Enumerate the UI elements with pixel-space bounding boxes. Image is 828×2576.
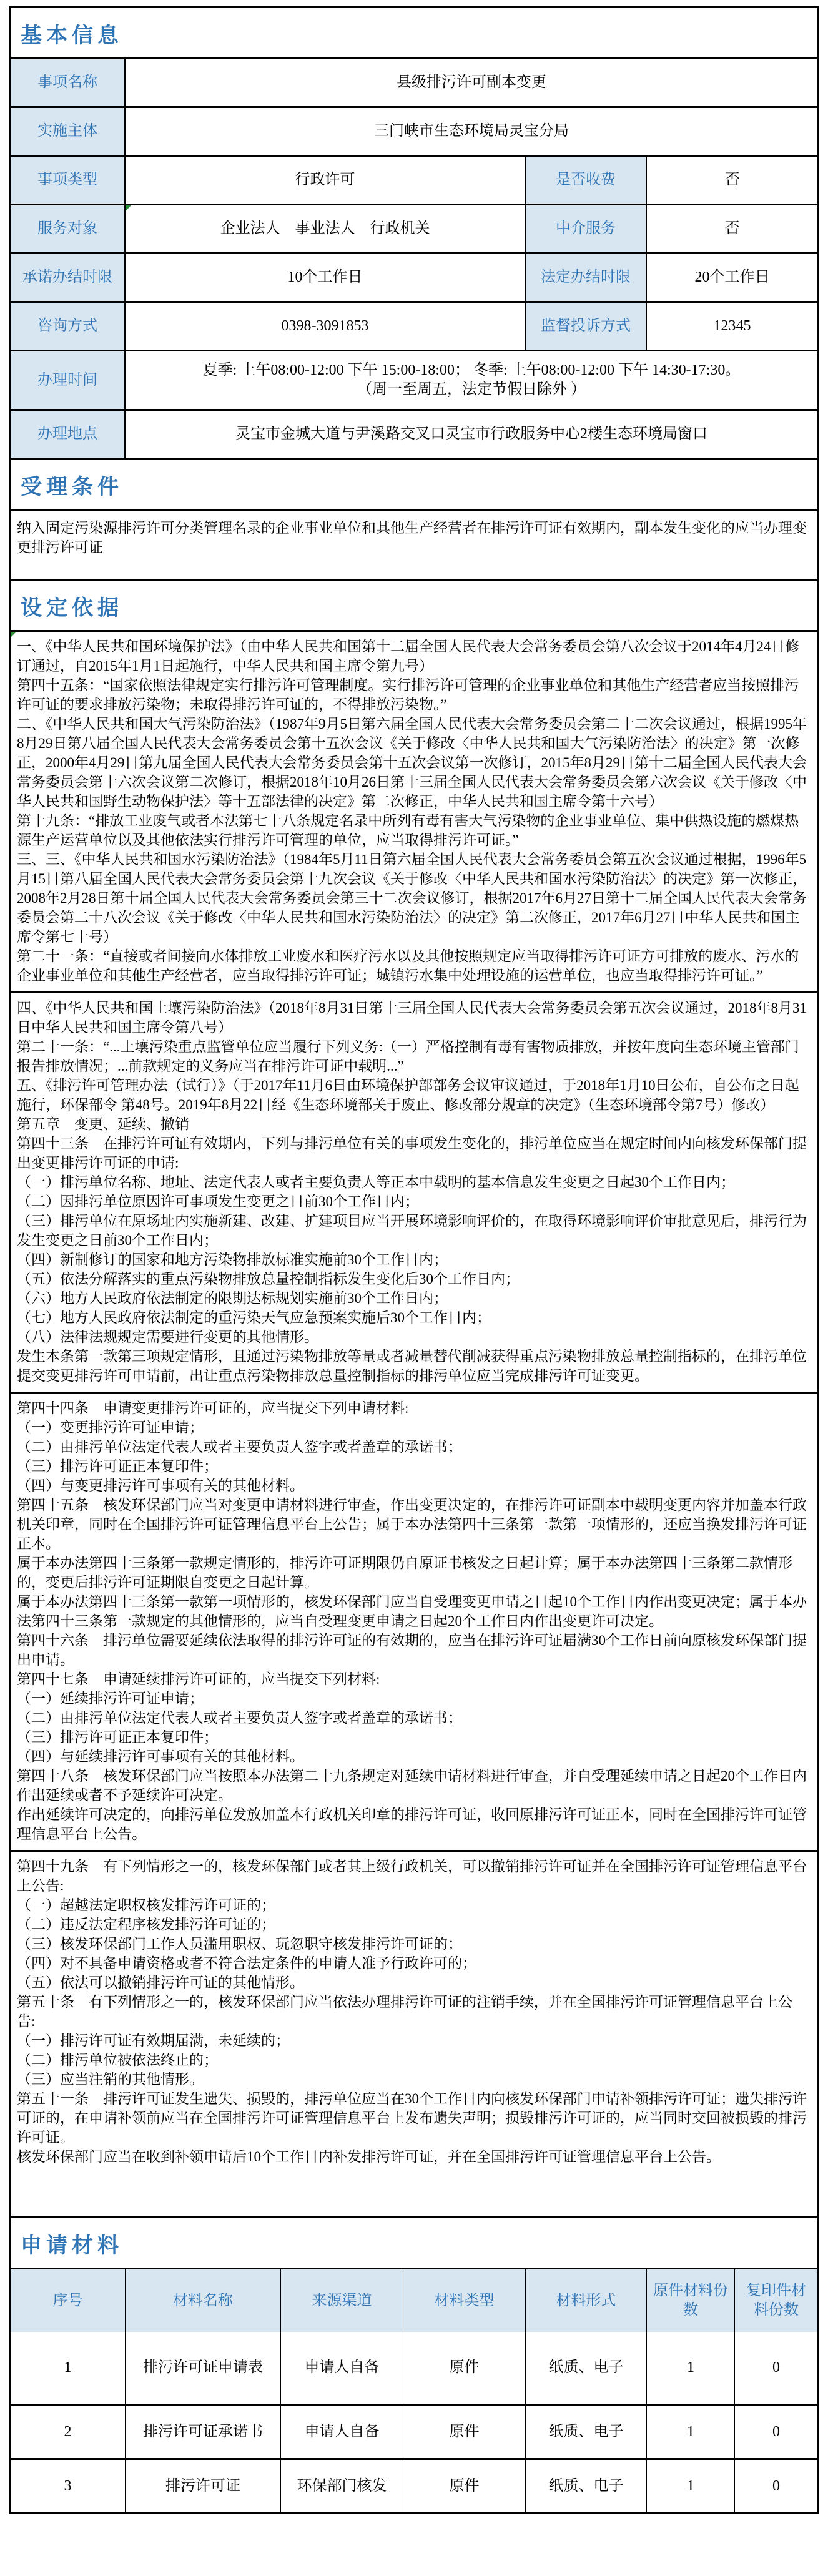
row-item-name: 事项名称 县级排污许可副本变更 [11, 59, 817, 108]
charge-value: 否 [647, 157, 817, 204]
materials-header-cell: 序号 [11, 2269, 126, 2332]
materials-cell: 2 [11, 2406, 126, 2458]
legal-paragraph: （一）超越法定职权核发排污许可证的； [17, 1895, 810, 1915]
consult-label: 咨询方式 [11, 303, 126, 350]
materials-header-cell: 材料名称 [126, 2269, 281, 2332]
materials-table-header: 序号材料名称来源渠道材料类型材料形式原件材料份数复印件材料份数 [11, 2269, 817, 2332]
materials-cell: 原件 [403, 2332, 526, 2404]
legal-paragraph: （四）新制修订的国家和地方污染物排放标准实施前30个工作日内； [17, 1250, 810, 1269]
materials-cell: 1 [647, 2460, 735, 2512]
materials-header-row: 序号材料名称来源渠道材料类型材料形式原件材料份数复印件材料份数 [11, 2269, 817, 2332]
materials-cell: 纸质、电子 [526, 2406, 647, 2458]
item-name-label: 事项名称 [11, 59, 126, 106]
acceptance-content-box: 纳入固定污染源排污许可分类管理名录的企业事业单位和其他生产经营者在排污许可证有效… [11, 511, 817, 581]
legal-paragraph: 第四十八条 核发环保部门应当按照本办法第二十九条规定对延续申请材料进行审查，并自… [17, 1766, 810, 1805]
legal-paragraph: 第二十一条：“...土壤污染重点监管单位应当履行下列义务:（一）严格控制有毒有害… [17, 1037, 810, 1076]
legal-paragraph: （五）依法分解落实的重点污染物排放总量控制指标发生变化后30个工作日内； [17, 1269, 810, 1289]
row-consult-complaint: 咨询方式 0398-3091853 监督投诉方式 12345 [11, 303, 817, 351]
legal-paragraph: 第四十四条 申请变更排污许可证的，应当提交下列申请材料: [17, 1399, 810, 1418]
legal-paragraph: 三、三、《中华人民共和国水污染防治法》（1984年5月11日第六届全国人民代表大… [17, 850, 810, 946]
service-target-label: 服务对象 [11, 205, 126, 252]
materials-cell: 原件 [403, 2406, 526, 2458]
legal-paragraph: （二）由排污单位法定代表人或者主要负责人签字或者盖章的承诺书； [17, 1437, 810, 1457]
materials-cell: 纸质、电子 [526, 2332, 647, 2404]
office-place-label: 办理地点 [11, 411, 126, 458]
item-name-value: 县级排污许可副本变更 [126, 59, 817, 106]
excel-comment-mark-icon [11, 632, 16, 637]
legal-paragraph: 作出延续许可决定的，向排污单位发放加盖本行政机关印章的排污许可证，收回原排污许可… [17, 1805, 810, 1844]
legal-paragraph: 核发环保部门应当在收到补领申请后10个工作日内补发排污许可证，并在全国排污许可证… [17, 2147, 810, 2166]
materials-cell: 0 [735, 2460, 817, 2512]
legal-paragraph: （二）因排污单位原因许可事项发生变更之日前30个工作日内； [17, 1192, 810, 1211]
materials-header-cell: 材料类型 [403, 2269, 526, 2332]
item-type-label: 事项类型 [11, 157, 126, 204]
legal-paragraph: 第四十九条 有下列情形之一的，核发环保部门或者其上级行政机关，可以撤销排污许可证… [17, 1857, 810, 1895]
document-outer-border: 基本信息 事项名称 县级排污许可副本变更 实施主体 三门峡市生态环境局灵宝分局 … [9, 6, 819, 2514]
legal-paragraph: （一）排污许可证有效期届满，未延续的； [17, 2031, 810, 2050]
office-time-line1: 夏季: 上午08:00-12:00 下午 15:00-18:00； 冬季: 上午… [203, 361, 741, 380]
row-item-type-charge: 事项类型 行政许可 是否收费 否 [11, 157, 817, 205]
office-time-label: 办理时间 [11, 351, 126, 409]
materials-cell: 环保部门核发 [281, 2460, 403, 2512]
legal-basis-block-4: 第四十九条 有下列情形之一的，核发环保部门或者其上级行政机关，可以撤销排污许可证… [11, 1852, 817, 2218]
excel-comment-mark-icon [126, 205, 131, 211]
promised-limit-value: 10个工作日 [126, 254, 526, 301]
materials-cell: 排污许可证 [126, 2460, 281, 2512]
office-time-line2: （周一至周五，法定节假日除外 ） [357, 380, 586, 400]
row-service-target-intermediary: 服务对象 企业法人 事业法人 行政机关 中介服务 否 [11, 205, 817, 254]
office-time-value: 夏季: 上午08:00-12:00 下午 15:00-18:00； 冬季: 上午… [126, 351, 817, 409]
materials-header-cell: 原件材料份数 [647, 2269, 735, 2332]
materials-cell: 0 [735, 2332, 817, 2404]
row-time-limits: 承诺办结时限 10个工作日 法定办结时限 20个工作日 [11, 254, 817, 303]
implementer-label: 实施主体 [11, 108, 126, 155]
legal-paragraph: （三）排污许可证正本复印件； [17, 1728, 810, 1747]
materials-cell: 1 [647, 2406, 735, 2458]
materials-cell: 3 [11, 2460, 126, 2512]
materials-header-cell: 复印件材料份数 [735, 2269, 817, 2332]
legal-paragraph: （四）对不具备申请资格或者不符合法定条件的申请人准予行政许可的； [17, 1954, 810, 1973]
materials-row: 1排污许可证申请表申请人自备原件纸质、电子10 [11, 2332, 817, 2406]
consult-value: 0398-3091853 [126, 303, 526, 350]
legal-paragraph: 四、《中华人民共和国土壤污染防治法》（2018年8月31日第十三届全国人民代表大… [17, 998, 810, 1037]
legal-paragraph: 二、《中华人民共和国大气污染防治法》（1987年9月5日第六届全国人民代表大会常… [17, 714, 810, 811]
materials-header-cell: 来源渠道 [281, 2269, 403, 2332]
legal-paragraph: （四）与变更排污许可事项有关的其他材料。 [17, 1476, 810, 1495]
materials-cell: 1 [647, 2332, 735, 2404]
materials-cell: 申请人自备 [281, 2406, 403, 2458]
section-title-acceptance: 受理条件 [11, 460, 817, 511]
materials-cell: 申请人自备 [281, 2332, 403, 2404]
legal-paragraph: （七）地方人民政府依法制定的重污染天气应急预案实施后30个工作日内； [17, 1308, 810, 1327]
section-title-legal-basis: 设定依据 [11, 581, 817, 632]
legal-basis-block-3: 第四十四条 申请变更排污许可证的，应当提交下列申请材料:（一）变更排污许可证申请… [11, 1394, 817, 1852]
legal-paragraph: 第四十五条 核发环保部门应当对变更申请材料进行审查，作出变更决定的，在排污许可证… [17, 1495, 810, 1553]
legal-paragraph: （六）地方人民政府依法制定的限期达标规划实施前30个工作日内； [17, 1289, 810, 1308]
materials-table-body: 1排污许可证申请表申请人自备原件纸质、电子102排污许可证承诺书申请人自备原件纸… [11, 2332, 817, 2512]
materials-cell: 排污许可证申请表 [126, 2332, 281, 2404]
promised-limit-label: 承诺办结时限 [11, 254, 126, 301]
item-type-value: 行政许可 [126, 157, 526, 204]
intermediary-value: 否 [647, 205, 817, 252]
implementer-value: 三门峡市生态环境局灵宝分局 [126, 108, 817, 155]
legal-paragraph: （四）与延续排污许可事项有关的其他材料。 [17, 1747, 810, 1766]
legal-paragraph: （一）延续排污许可证申请； [17, 1689, 810, 1708]
legal-paragraph: 第四十七条 申请延续排污许可证的，应当提交下列材料: [17, 1669, 810, 1689]
acceptance-content: 纳入固定污染源排污许可分类管理名录的企业事业单位和其他生产经营者在排污许可证有效… [17, 518, 810, 557]
legal-paragraph: （一）变更排污许可证申请； [17, 1418, 810, 1437]
legal-basis-block-2: 四、《中华人民共和国土壤污染防治法》（2018年8月31日第十三届全国人民代表大… [11, 993, 817, 1394]
materials-row: 2排污许可证承诺书申请人自备原件纸质、电子10 [11, 2406, 817, 2460]
materials-cell: 原件 [403, 2460, 526, 2512]
legal-paragraph: （三）核发环保部门工作人员滥用职权、玩忽职守核发排污许可证的； [17, 1934, 810, 1954]
legal-paragraph: （二）排污单位被依法终止的； [17, 2050, 810, 2070]
materials-cell: 纸质、电子 [526, 2460, 647, 2512]
materials-header-cell: 材料形式 [526, 2269, 647, 2332]
complaint-value: 12345 [647, 303, 817, 350]
service-item-document: 基本信息 事项名称 县级排污许可副本变更 实施主体 三门峡市生态环境局灵宝分局 … [0, 0, 828, 2514]
legal-basis-block-1: 一、《中华人民共和国环境保护法》（由中华人民共和国第十二届全国人民代表大会常务委… [11, 632, 817, 993]
legal-paragraph: 第五章 变更、延续、撤销 [17, 1114, 810, 1134]
section-title-materials: 申请材料 [11, 2218, 817, 2269]
service-target-text: 企业法人 事业法人 行政机关 [220, 219, 430, 238]
legal-paragraph: 属于本办法第四十三条第一款第一项情形的，核发环保部门应当自受理变更申请之日起10… [17, 1592, 810, 1631]
legal-paragraph: 第五十一条 排污许可证发生遗失、损毁的，排污单位应当在30个工作日内向核发环保部… [17, 2089, 810, 2147]
materials-cell: 0 [735, 2406, 817, 2458]
complaint-label: 监督投诉方式 [526, 303, 647, 350]
legal-paragraph: （二）违反法定程序核发排污许可证的； [17, 1915, 810, 1934]
legal-paragraph: （五）依法可以撤销排污许可证的其他情形。 [17, 1973, 810, 1992]
row-implementer: 实施主体 三门峡市生态环境局灵宝分局 [11, 108, 817, 157]
row-office-place: 办理地点 灵宝市金城大道与尹溪路交叉口灵宝市行政服务中心2楼生态环境局窗口 [11, 411, 817, 460]
legal-paragraph: 五、《排污许可管理办法（试行）》（于2017年11月6日由环境保护部部务会议审议… [17, 1076, 810, 1114]
legal-paragraph: （一）排污单位名称、地址、法定代表人或者主要负责人等正本中载明的基本信息发生变更… [17, 1172, 810, 1192]
legal-paragraph: 一、《中华人民共和国环境保护法》（由中华人民共和国第十二届全国人民代表大会常务委… [17, 637, 810, 676]
legal-paragraph: （三）排污许可证正本复印件； [17, 1457, 810, 1476]
legal-paragraph: 第四十五条：“国家依照法律规定实行排污许可管理制度。实行排污许可管理的企业事业单… [17, 676, 810, 714]
office-place-value: 灵宝市金城大道与尹溪路交叉口灵宝市行政服务中心2楼生态环境局窗口 [126, 411, 817, 458]
row-office-time: 办理时间 夏季: 上午08:00-12:00 下午 15:00-18:00； 冬… [11, 351, 817, 411]
legal-paragraph: 第二十一条：“直接或者间接向水体排放工业废水和医疗污水以及其他按照规定应当取得排… [17, 946, 810, 985]
legal-paragraph: 第十九条：“排放工业废气或者本法第七十八条规定名录中所列有毒有害大气污染物的企业… [17, 811, 810, 850]
legal-paragraph: 第四十六条 排污单位需要延续依法取得的排污许可证的有效期的，应当在排污许可证届满… [17, 1631, 810, 1669]
legal-paragraph: （八）法律法规规定需要进行变更的其他情形。 [17, 1327, 810, 1347]
legal-paragraph: 第五十条 有下列情形之一的，核发环保部门应当依法办理排污许可证的注销手续，并在全… [17, 1992, 810, 2031]
intermediary-label: 中介服务 [526, 205, 647, 252]
section-title-basic-info: 基本信息 [11, 8, 817, 59]
legal-limit-value: 20个工作日 [647, 254, 817, 301]
legal-paragraph: 属于本办法第四十三条第一款规定情形的，排污许可证期限仍自原证书核发之日起计算；属… [17, 1553, 810, 1592]
charge-label: 是否收费 [526, 157, 647, 204]
materials-row: 3排污许可证环保部门核发原件纸质、电子10 [11, 2460, 817, 2512]
materials-cell: 排污许可证承诺书 [126, 2406, 281, 2458]
legal-paragraph: （三）排污单位在原场址内实施新建、改建、扩建项目应当开展环境影响评价的，在取得环… [17, 1211, 810, 1250]
service-target-value: 企业法人 事业法人 行政机关 [126, 205, 526, 252]
legal-paragraph: （二）由排污单位法定代表人或者主要负责人签字或者盖章的承诺书； [17, 1708, 810, 1728]
legal-limit-label: 法定办结时限 [526, 254, 647, 301]
legal-paragraph: 发生本条第一款第三项规定情形，且通过污染物排放等量或者减量替代削减获得重点污染物… [17, 1347, 810, 1385]
legal-paragraph: 第四十三条 在排污许可证有效期内，下列与排污单位有关的事项发生变化的，排污单位应… [17, 1134, 810, 1172]
legal-paragraph: （三）应当注销的其他情形。 [17, 2070, 810, 2089]
materials-cell: 1 [11, 2332, 126, 2404]
